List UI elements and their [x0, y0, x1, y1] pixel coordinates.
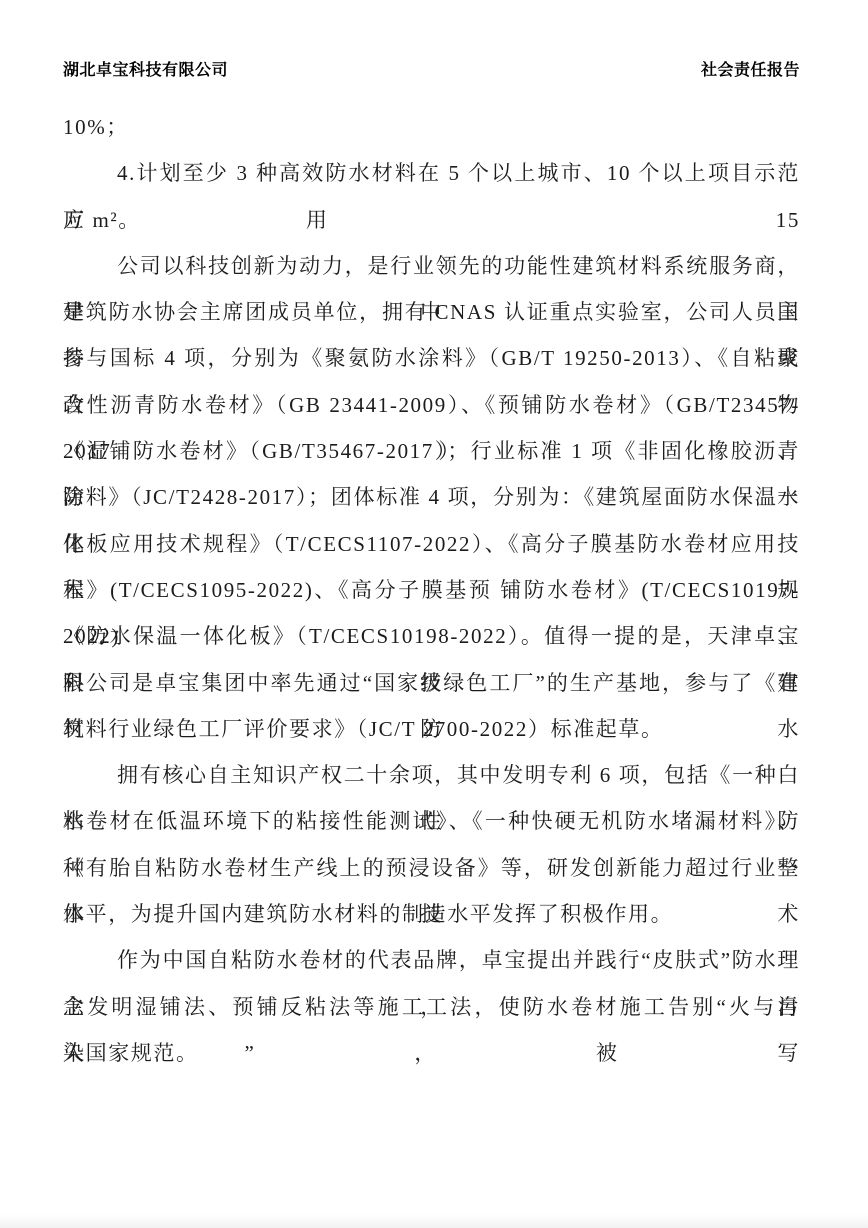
document-page: 湖北卓宝科技有限公司 社会责任报告 10%；4.计划至少 3 种高效防水材料在 …: [0, 0, 868, 1228]
text-line: 4.计划至少 3 种高效防水材料在 5 个以上城市、10 个以上项目示范应用 1…: [63, 150, 800, 196]
header-report-title: 社会责任报告: [701, 57, 800, 80]
text-line: 参与国标 4 项，分别为《聚氨防水涂料》（GB/T 19250-2013）、《自…: [63, 335, 800, 381]
text-line: 涂料》（JC/T2428-2017）；团体标准 4 项，分别为：《建筑屋面防水保…: [63, 474, 800, 520]
text-line: 建筑防水协会主席团成员单位，拥有 CNAS 认证重点实验室，公司人员主持或: [63, 289, 800, 335]
text-line: 拥有核心自主知识产权二十余项，其中发明专利 6 项，包括《一种白粘性防: [63, 752, 800, 798]
page-edge-shadow: [0, 1214, 868, 1228]
text-line: 作为中国自粘防水卷材的代表品牌，卓宝提出并践行“皮肤式”防水理念，自: [63, 937, 800, 983]
header-company-name: 湖北卓宝科技有限公司: [63, 57, 228, 80]
document-body: 10%；4.计划至少 3 种高效防水材料在 5 个以上城市、10 个以上项目示范…: [63, 104, 800, 1076]
page-header: 湖北卓宝科技有限公司 社会责任报告: [63, 57, 800, 80]
text-line: 改性沥青防水卷材》（GB 23441-2009）、《预铺防水卷材》（GB/T23…: [63, 382, 800, 428]
text-line: 公司以科技创新为动力，是行业领先的功能性建筑材料系统服务商，是中国: [63, 243, 800, 289]
text-line: 主发明湿铺法、预铺反粘法等施工工法，使防水卷材施工告别“火与污染”，被写: [63, 984, 800, 1030]
text-line: 限公司是卓宝集团中率先通过“国家级绿色工厂”的生产基地，参与了《建筑防水: [63, 660, 800, 706]
text-line: 化板应用技术规程》（T/CECS1107-2022）、《高分子膜基防水卷材应用技…: [63, 521, 800, 567]
text-line: 程》(T/CECS1095-2022)、《高分子膜基预 铺防水卷材》(T/CEC…: [63, 567, 800, 613]
text-line: 《湿铺防水卷材》（GB/T35467-2017）；行业标准 1 项《非固化橡胶沥…: [63, 428, 800, 474]
text-line: 《防水保温一体化板》（T/CECS10198-2022）。值得一提的是，天津卓宝…: [63, 613, 800, 659]
text-line: 10%；: [63, 104, 800, 150]
text-line: 水卷材在低温环境下的粘接性能测试》、《一种快硬无机防水堵漏材料》、《一: [63, 798, 800, 844]
text-line: 种有胎自粘防水卷材生产线上的预浸设备》等，研发创新能力超过行业整体技术: [63, 845, 800, 891]
